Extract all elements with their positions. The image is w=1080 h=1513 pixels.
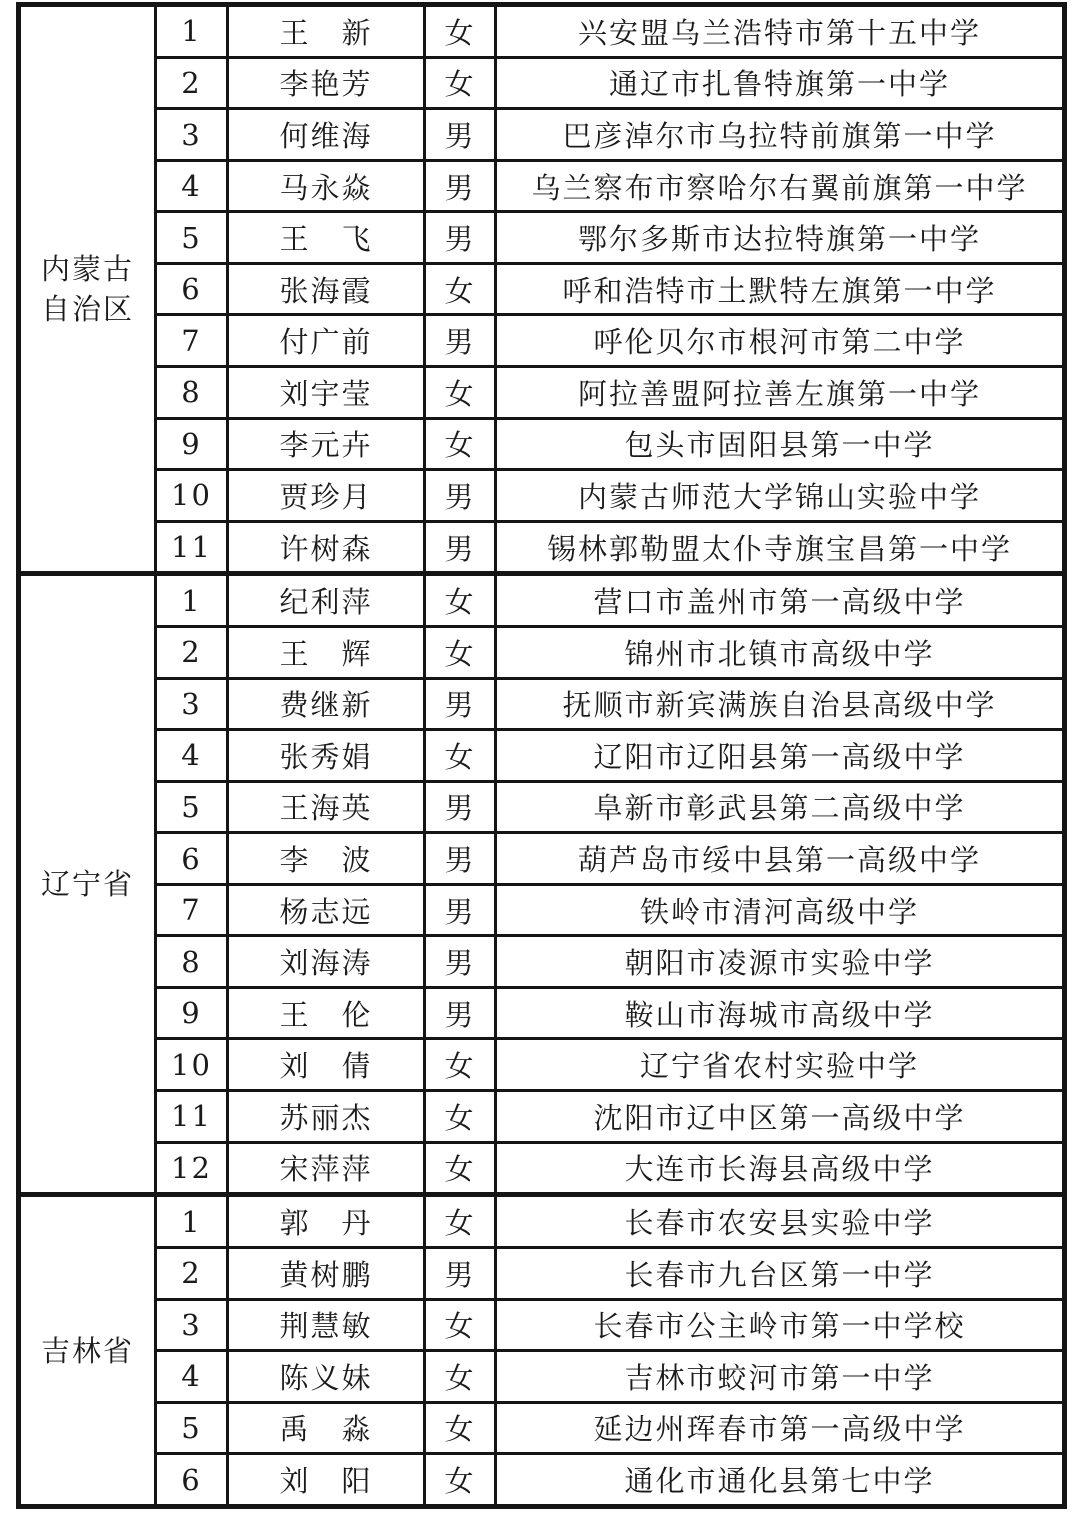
gender-cell: 女: [425, 57, 496, 109]
gender-cell: 男: [425, 678, 496, 730]
document-page: { "table": { "sections": [ { "province":…: [0, 0, 1080, 1513]
name-cell: 费继新: [228, 678, 425, 730]
table-row: 11许树森男锡林郭勒盟太仆寺旗宝昌第一中学: [19, 521, 1065, 574]
gender-cell: 女: [425, 263, 496, 315]
row-number-cell: 9: [156, 987, 228, 1039]
gender-cell: 男: [425, 833, 496, 885]
province-cell: 辽宁省: [19, 574, 156, 1195]
row-number-cell: 5: [156, 212, 228, 264]
school-cell: 葫芦岛市绥中县第一高级中学: [496, 833, 1065, 885]
row-number-cell: 2: [156, 1247, 228, 1299]
row-number-cell: 8: [156, 367, 228, 419]
gender-cell: 男: [425, 521, 496, 574]
school-cell: 长春市公主岭市第一中学校: [496, 1299, 1065, 1351]
school-cell: 鞍山市海城市高级中学: [496, 987, 1065, 1039]
gender-cell: 男: [425, 884, 496, 936]
row-number-cell: 10: [156, 1039, 228, 1091]
gender-cell: 男: [425, 1247, 496, 1299]
table-row: 2李艳芳女通辽市扎鲁特旗第一中学: [19, 57, 1065, 109]
row-number-cell: 4: [156, 730, 228, 782]
table-row: 辽宁省1纪利萍女营口市盖州市第一高级中学: [19, 574, 1065, 627]
school-cell: 长春市九台区第一中学: [496, 1247, 1065, 1299]
row-number-cell: 10: [156, 470, 228, 522]
table-row: 6张海霞女呼和浩特市土默特左旗第一中学: [19, 263, 1065, 315]
name-cell: 王 新: [228, 5, 425, 58]
name-cell: 纪利萍: [228, 574, 425, 627]
name-cell: 荆慧敏: [228, 1299, 425, 1351]
name-cell: 王 飞: [228, 212, 425, 264]
name-cell: 宋萍萍: [228, 1142, 425, 1195]
gender-cell: 男: [425, 936, 496, 988]
name-cell: 刘海涛: [228, 936, 425, 988]
name-cell: 张秀娟: [228, 730, 425, 782]
gender-cell: 男: [425, 109, 496, 161]
row-number-cell: 11: [156, 521, 228, 574]
gender-cell: 女: [425, 1299, 496, 1351]
table-row: 10刘 倩女辽宁省农村实验中学: [19, 1039, 1065, 1091]
gender-cell: 女: [425, 1142, 496, 1195]
row-number-cell: 5: [156, 781, 228, 833]
name-cell: 马永焱: [228, 160, 425, 212]
school-cell: 长春市农安县实验中学: [496, 1195, 1065, 1248]
gender-cell: 女: [425, 418, 496, 470]
gender-cell: 男: [425, 781, 496, 833]
name-cell: 杨志远: [228, 884, 425, 936]
name-cell: 何维海: [228, 109, 425, 161]
name-cell: 黄树鹏: [228, 1247, 425, 1299]
gender-cell: 女: [425, 5, 496, 58]
row-number-cell: 3: [156, 678, 228, 730]
roster-table: 内蒙古 自治区1王 新女兴安盟乌兰浩特市第十五中学2李艳芳女通辽市扎鲁特旗第一中…: [16, 2, 1067, 1509]
table-row: 3费继新男抚顺市新宾满族自治县高级中学: [19, 678, 1065, 730]
row-number-cell: 9: [156, 418, 228, 470]
gender-cell: 女: [425, 1039, 496, 1091]
roster-document: 内蒙古 自治区1王 新女兴安盟乌兰浩特市第十五中学2李艳芳女通辽市扎鲁特旗第一中…: [0, 0, 1080, 1513]
row-number-cell: 7: [156, 315, 228, 367]
gender-cell: 男: [425, 212, 496, 264]
school-cell: 内蒙古师范大学锦山实验中学: [496, 470, 1065, 522]
row-number-cell: 6: [156, 1454, 228, 1507]
school-cell: 锡林郭勒盟太仆寺旗宝昌第一中学: [496, 521, 1065, 574]
table-row: 8刘海涛男朝阳市凌源市实验中学: [19, 936, 1065, 988]
row-number-cell: 2: [156, 627, 228, 679]
school-cell: 兴安盟乌兰浩特市第十五中学: [496, 5, 1065, 58]
row-number-cell: 4: [156, 160, 228, 212]
school-cell: 延边州珲春市第一高级中学: [496, 1402, 1065, 1454]
school-cell: 锦州市北镇市高级中学: [496, 627, 1065, 679]
table-row: 7杨志远男铁岭市清河高级中学: [19, 884, 1065, 936]
name-cell: 刘 阳: [228, 1454, 425, 1507]
table-row: 3何维海男巴彦淖尔市乌拉特前旗第一中学: [19, 109, 1065, 161]
gender-cell: 女: [425, 574, 496, 627]
table-row: 吉林省1郭 丹女长春市农安县实验中学: [19, 1195, 1065, 1248]
name-cell: 陈义妹: [228, 1351, 425, 1403]
row-number-cell: 1: [156, 5, 228, 58]
gender-cell: 女: [425, 1454, 496, 1507]
name-cell: 王 伦: [228, 987, 425, 1039]
gender-cell: 男: [425, 315, 496, 367]
school-cell: 辽阳市辽阳县第一高级中学: [496, 730, 1065, 782]
name-cell: 郭 丹: [228, 1195, 425, 1248]
gender-cell: 女: [425, 627, 496, 679]
table-row: 5禹 淼女延边州珲春市第一高级中学: [19, 1402, 1065, 1454]
table-row: 7付广前男呼伦贝尔市根河市第二中学: [19, 315, 1065, 367]
gender-cell: 女: [425, 1195, 496, 1248]
school-cell: 铁岭市清河高级中学: [496, 884, 1065, 936]
table-row: 3荆慧敏女长春市公主岭市第一中学校: [19, 1299, 1065, 1351]
name-cell: 李艳芳: [228, 57, 425, 109]
table-row: 2王 辉女锦州市北镇市高级中学: [19, 627, 1065, 679]
school-cell: 吉林市蛟河市第一中学: [496, 1351, 1065, 1403]
school-cell: 鄂尔多斯市达拉特旗第一中学: [496, 212, 1065, 264]
table-row: 2黄树鹏男长春市九台区第一中学: [19, 1247, 1065, 1299]
table-row: 5王海英男阜新市彰武县第二高级中学: [19, 781, 1065, 833]
name-cell: 刘宇莹: [228, 367, 425, 419]
row-number-cell: 6: [156, 263, 228, 315]
name-cell: 贾珍月: [228, 470, 425, 522]
row-number-cell: 1: [156, 574, 228, 627]
school-cell: 大连市长海县高级中学: [496, 1142, 1065, 1195]
table-row: 9李元卉女包头市固阳县第一中学: [19, 418, 1065, 470]
gender-cell: 女: [425, 1091, 496, 1143]
gender-cell: 女: [425, 1351, 496, 1403]
row-number-cell: 1: [156, 1195, 228, 1248]
name-cell: 刘 倩: [228, 1039, 425, 1091]
table-row: 5王 飞男鄂尔多斯市达拉特旗第一中学: [19, 212, 1065, 264]
school-cell: 营口市盖州市第一高级中学: [496, 574, 1065, 627]
gender-cell: 女: [425, 367, 496, 419]
table-row: 10贾珍月男内蒙古师范大学锦山实验中学: [19, 470, 1065, 522]
school-cell: 阜新市彰武县第二高级中学: [496, 781, 1065, 833]
table-row: 4张秀娟女辽阳市辽阳县第一高级中学: [19, 730, 1065, 782]
name-cell: 苏丽杰: [228, 1091, 425, 1143]
name-cell: 李元卉: [228, 418, 425, 470]
school-cell: 乌兰察布市察哈尔右翼前旗第一中学: [496, 160, 1065, 212]
school-cell: 巴彦淖尔市乌拉特前旗第一中学: [496, 109, 1065, 161]
gender-cell: 男: [425, 987, 496, 1039]
row-number-cell: 6: [156, 833, 228, 885]
table-row: 12宋萍萍女大连市长海县高级中学: [19, 1142, 1065, 1195]
school-cell: 包头市固阳县第一中学: [496, 418, 1065, 470]
gender-cell: 男: [425, 160, 496, 212]
name-cell: 王 辉: [228, 627, 425, 679]
province-cell: 内蒙古 自治区: [19, 5, 156, 574]
gender-cell: 女: [425, 1402, 496, 1454]
name-cell: 张海霞: [228, 263, 425, 315]
table-row: 6刘 阳女通化市通化县第七中学: [19, 1454, 1065, 1507]
school-cell: 呼和浩特市土默特左旗第一中学: [496, 263, 1065, 315]
row-number-cell: 8: [156, 936, 228, 988]
row-number-cell: 5: [156, 1402, 228, 1454]
name-cell: 李 波: [228, 833, 425, 885]
roster-table-body: 内蒙古 自治区1王 新女兴安盟乌兰浩特市第十五中学2李艳芳女通辽市扎鲁特旗第一中…: [19, 5, 1065, 1507]
school-cell: 朝阳市凌源市实验中学: [496, 936, 1065, 988]
name-cell: 付广前: [228, 315, 425, 367]
gender-cell: 男: [425, 470, 496, 522]
school-cell: 阿拉善盟阿拉善左旗第一中学: [496, 367, 1065, 419]
row-number-cell: 4: [156, 1351, 228, 1403]
school-cell: 辽宁省农村实验中学: [496, 1039, 1065, 1091]
row-number-cell: 12: [156, 1142, 228, 1195]
name-cell: 许树森: [228, 521, 425, 574]
row-number-cell: 3: [156, 109, 228, 161]
gender-cell: 女: [425, 730, 496, 782]
table-row: 4马永焱男乌兰察布市察哈尔右翼前旗第一中学: [19, 160, 1065, 212]
name-cell: 王海英: [228, 781, 425, 833]
table-row: 9王 伦男鞍山市海城市高级中学: [19, 987, 1065, 1039]
school-cell: 呼伦贝尔市根河市第二中学: [496, 315, 1065, 367]
table-row: 8刘宇莹女阿拉善盟阿拉善左旗第一中学: [19, 367, 1065, 419]
row-number-cell: 3: [156, 1299, 228, 1351]
row-number-cell: 7: [156, 884, 228, 936]
table-row: 11苏丽杰女沈阳市辽中区第一高级中学: [19, 1091, 1065, 1143]
school-cell: 通辽市扎鲁特旗第一中学: [496, 57, 1065, 109]
table-row: 内蒙古 自治区1王 新女兴安盟乌兰浩特市第十五中学: [19, 5, 1065, 58]
table-row: 4陈义妹女吉林市蛟河市第一中学: [19, 1351, 1065, 1403]
school-cell: 抚顺市新宾满族自治县高级中学: [496, 678, 1065, 730]
province-cell: 吉林省: [19, 1195, 156, 1507]
school-cell: 沈阳市辽中区第一高级中学: [496, 1091, 1065, 1143]
row-number-cell: 2: [156, 57, 228, 109]
row-number-cell: 11: [156, 1091, 228, 1143]
name-cell: 禹 淼: [228, 1402, 425, 1454]
school-cell: 通化市通化县第七中学: [496, 1454, 1065, 1507]
table-row: 6李 波男葫芦岛市绥中县第一高级中学: [19, 833, 1065, 885]
